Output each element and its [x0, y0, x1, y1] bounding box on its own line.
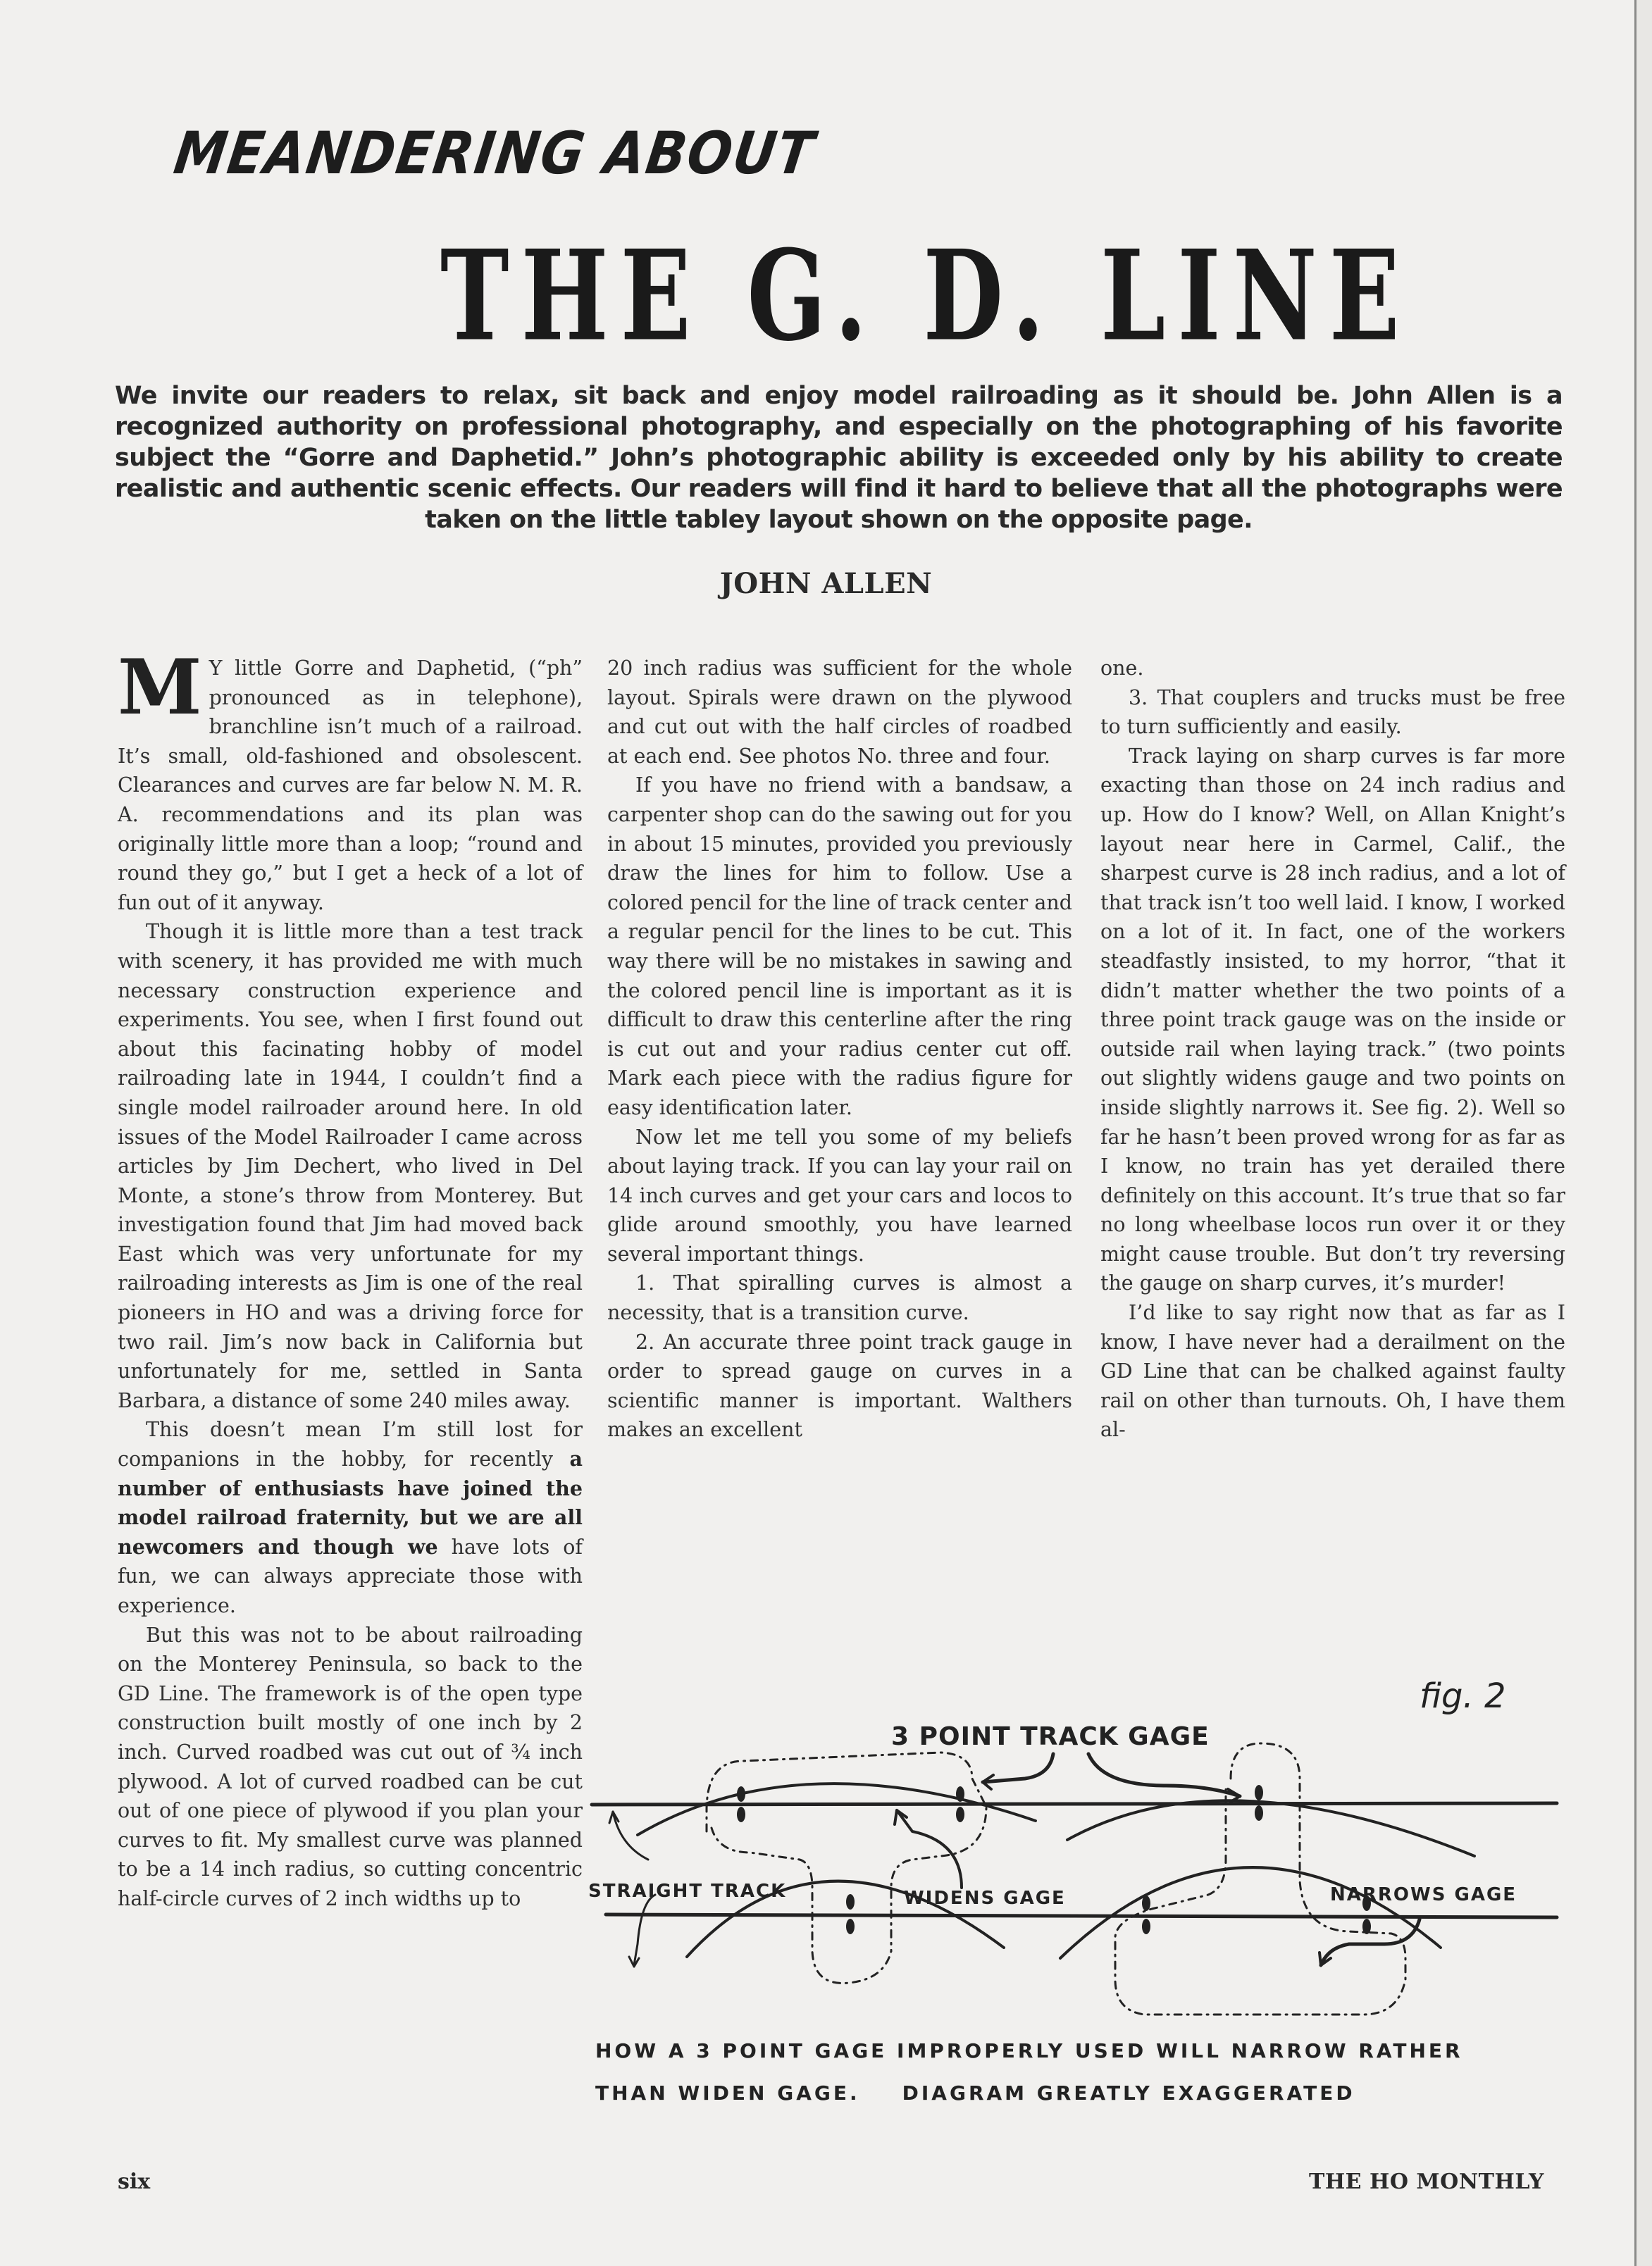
- list-item: 1. That spiralling curves is almost a ne…: [607, 1269, 1072, 1327]
- figure-number: fig. 2: [1420, 1676, 1506, 1716]
- paragraph: If you have no friend with a band­saw, a…: [607, 771, 1072, 1122]
- facing-page-edge: [1637, 0, 1652, 2266]
- paragraph-text: This doesn’t mean I’m still lost for com…: [118, 1418, 583, 1471]
- page-gutter-line: [1634, 0, 1637, 2266]
- figure-caption-line-2: THAN WIDEN GAGE.DIAGRAM GREATLY EXAGGERA…: [595, 2081, 1355, 2105]
- paragraph: Now let me tell you some of my be­liefs …: [607, 1123, 1072, 1269]
- article-intro: We invite our readers to relax, sit back…: [115, 380, 1563, 535]
- label-narrows-gage: NARROWS GAGE: [1330, 1884, 1517, 1905]
- text-column-1: MY little Gorre and Daphetid, (“ph” pron…: [118, 654, 583, 1914]
- list-item: 2. An accurate three point track gauge i…: [607, 1328, 1072, 1445]
- article-kicker: MEANDERING ABOUT: [170, 120, 819, 187]
- paragraph: Though it is little more than a test tra…: [118, 917, 583, 1415]
- text-column-2: 20 inch radius was sufficient for the wh…: [607, 654, 1072, 1445]
- paragraph: But this was not to be about rail­roadin…: [118, 1621, 583, 1914]
- caption-text: DIAGRAM GREATLY EXAGGERATED: [902, 2081, 1355, 2105]
- paragraph: MY little Gorre and Daphetid, (“ph” pron…: [118, 654, 583, 917]
- paragraph: This doesn’t mean I’m still lost for com…: [118, 1415, 583, 1620]
- figure-2-diagram: fig. 2 3 POINT TRACK GAGE STRAIGHT TRACK…: [588, 1648, 1575, 2085]
- label-widens-gage: WIDENS GAGE: [904, 1888, 1066, 1909]
- list-item: 3. That couplers and trucks must be free…: [1100, 683, 1565, 742]
- paragraph: Track laying on sharp curves is far more…: [1100, 742, 1565, 1298]
- paragraph: 20 inch radius was sufficient for the wh…: [607, 654, 1072, 771]
- publication-name: THE HO MONTHLY: [1309, 2169, 1544, 2194]
- figure-caption-line-1: HOW A 3 POINT GAGE IMPROPERLY USED WILL …: [595, 2039, 1463, 2062]
- paragraph: one.: [1100, 654, 1565, 683]
- figure-title: 3 POINT TRACK GAGE: [891, 1722, 1210, 1751]
- article-byline: JOHN ALLEN: [0, 567, 1652, 600]
- page-number: six: [118, 2169, 150, 2194]
- text-column-3: one. 3. That couplers and trucks must be…: [1100, 654, 1565, 1445]
- drop-cap: M: [118, 658, 202, 717]
- label-straight-track: STRAIGHT TRACK: [588, 1881, 786, 1902]
- paragraph: I’d like to say right now that as far as…: [1100, 1298, 1565, 1445]
- caption-text: THAN WIDEN GAGE.: [595, 2081, 860, 2105]
- article-headline: THE G. D. LINE: [440, 229, 1412, 362]
